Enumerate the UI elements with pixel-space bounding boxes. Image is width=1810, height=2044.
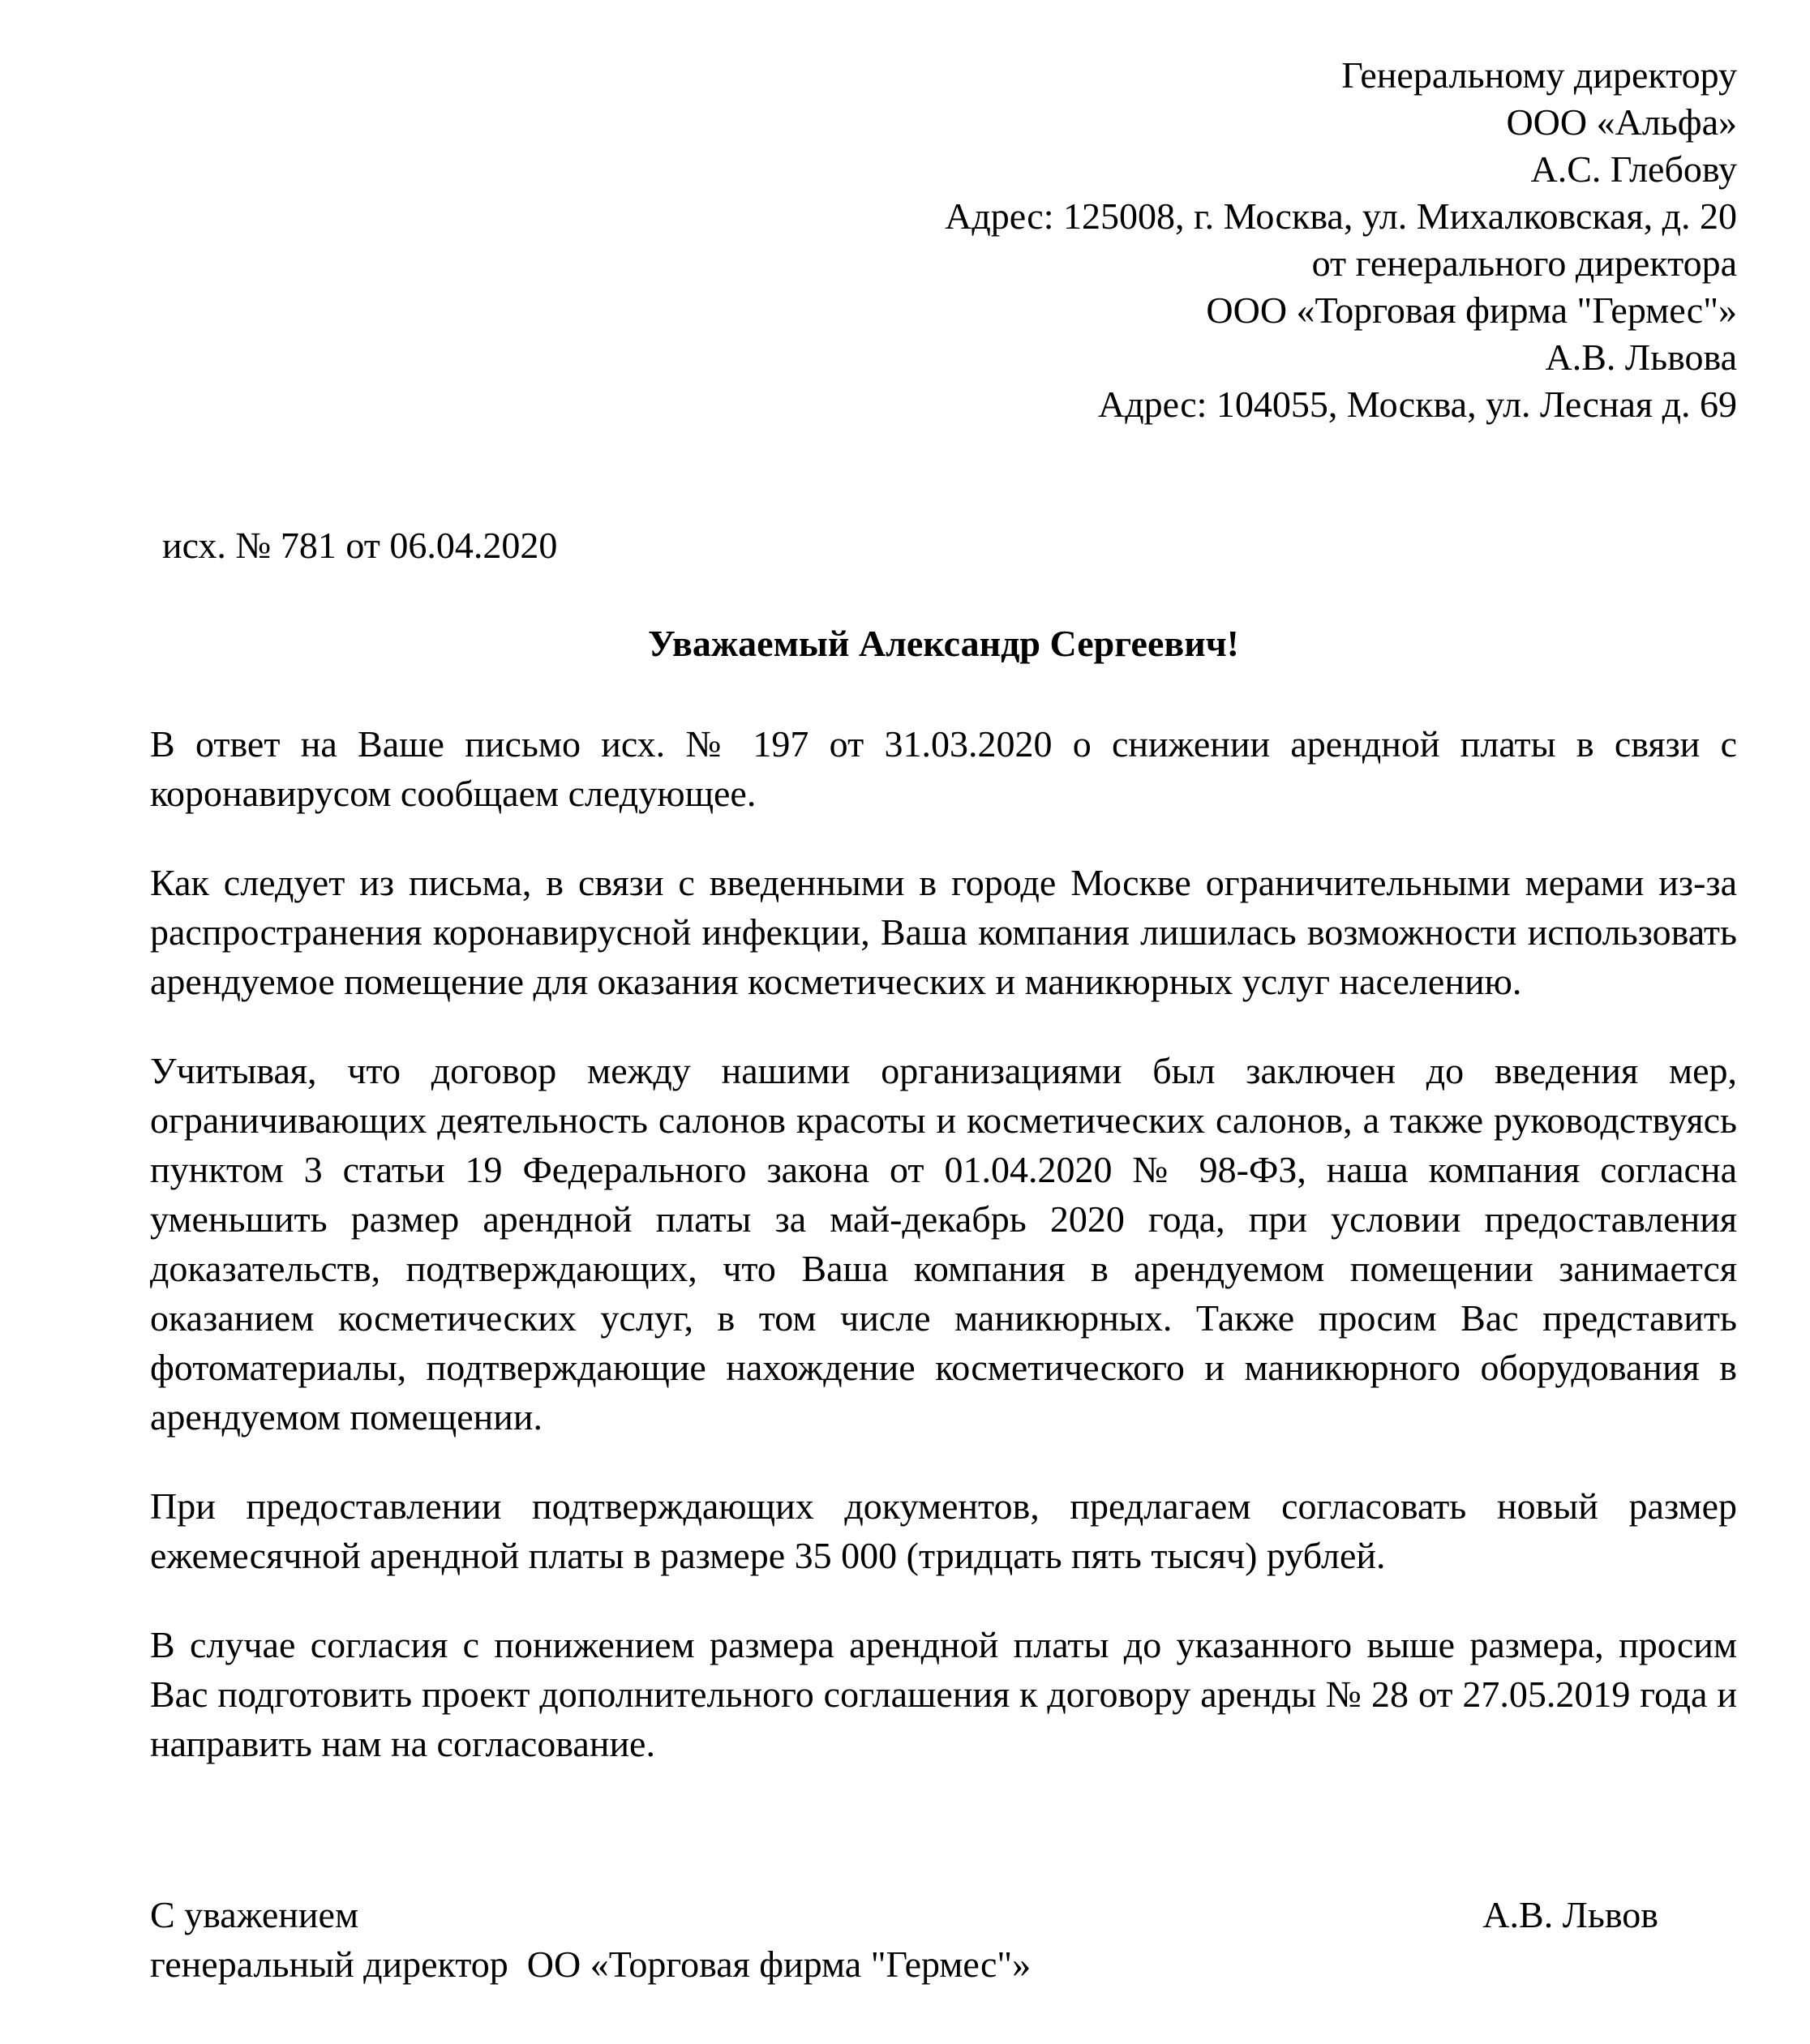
letter-body: В ответ на Ваше письмо исх. № 197 от 31.…: [150, 719, 1737, 1768]
letter-page: Генеральному директору ООО «Альфа» А.С. …: [0, 0, 1810, 2044]
sender-line-name: А.В. Львова: [150, 334, 1737, 381]
recipient-line-addressee-company: ООО «Альфа»: [150, 99, 1737, 146]
recipient-line-addressee-name: А.С. Глебову: [150, 146, 1737, 193]
signer-name: А.В. Львов: [1482, 1890, 1737, 1939]
sender-line-position: от генерального директора: [150, 240, 1737, 287]
sender-line-company: ООО «Торговая фирма "Гермес"»: [150, 287, 1737, 334]
recipient-block: Генеральному директору ООО «Альфа» А.С. …: [150, 52, 1737, 428]
recipient-line-addressee-address: Адрес: 125008, г. Москва, ул. Михалковск…: [150, 193, 1737, 240]
reference-number-line: исх. № 781 от 06.04.2020: [150, 521, 1737, 570]
signature-closing: С уважением: [150, 1890, 358, 1939]
sender-line-address: Адрес: 104055, Москва, ул. Лесная д. 69: [150, 381, 1737, 428]
signature-row: С уважением А.В. Львов: [150, 1890, 1737, 1939]
salutation: Уважаемый Александр Сергеевич!: [150, 619, 1737, 668]
recipient-line-addressee-position: Генеральному директору: [150, 52, 1737, 99]
paragraph-circumstances: Как следует из письма, в связи с введенн…: [150, 858, 1737, 1006]
signature-block: С уважением А.В. Львов генеральный дирек…: [150, 1890, 1737, 1989]
paragraph-conditions: Учитывая, что договор между нашими орган…: [150, 1046, 1737, 1442]
paragraph-agreement-request: В случае согласия с понижением размера а…: [150, 1620, 1737, 1768]
paragraph-intro: В ответ на Ваше письмо исх. № 197 от 31.…: [150, 719, 1737, 818]
signer-title: генеральный директор ОО «Торговая фирма …: [150, 1939, 1737, 1989]
paragraph-new-rent: При предоставлении подтверждающих докуме…: [150, 1481, 1737, 1580]
